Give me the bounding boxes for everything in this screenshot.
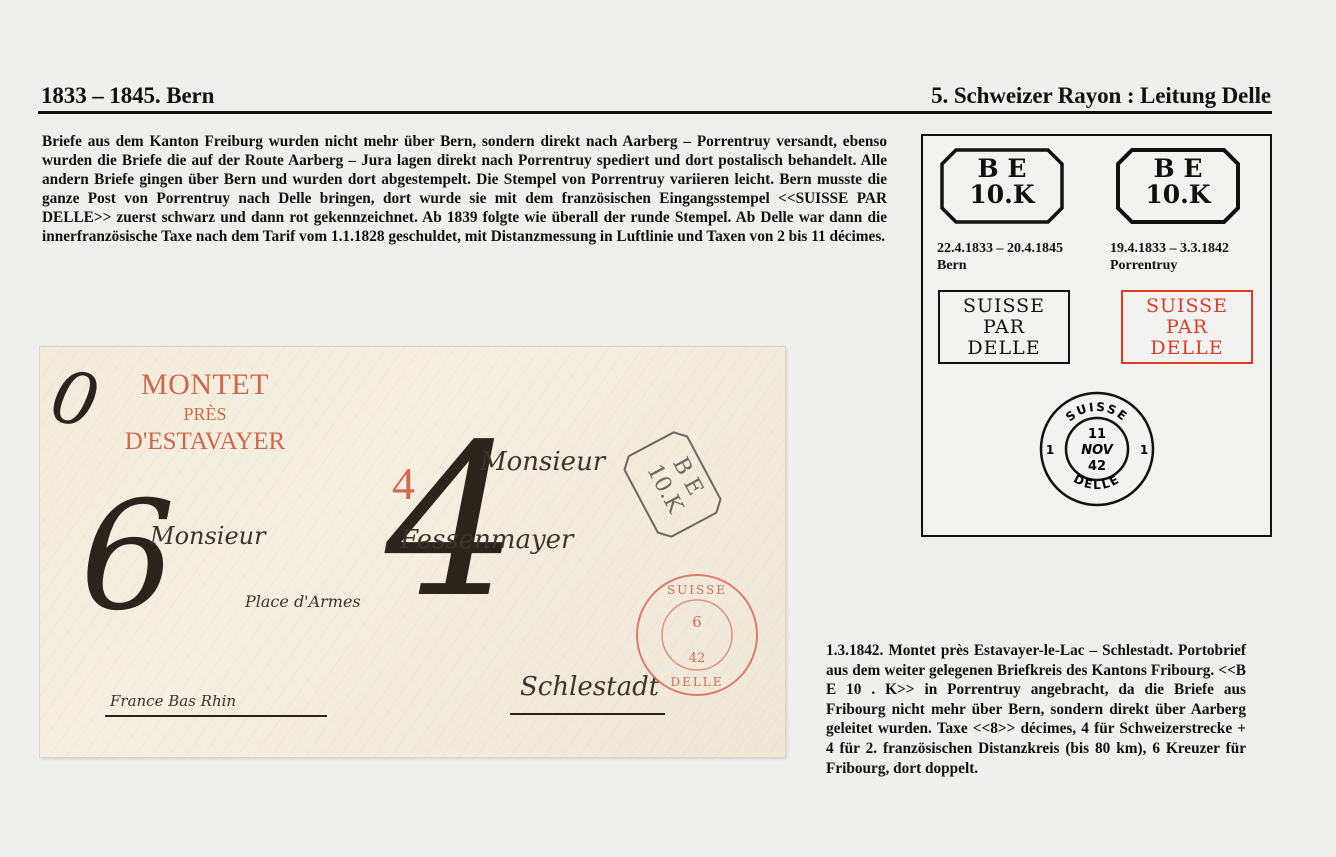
underline — [510, 713, 665, 715]
be-transit-stamp: B E 10.K — [617, 425, 728, 544]
stamp-line: DELLE — [940, 338, 1068, 359]
stamp-line: SUISSE — [1123, 296, 1251, 317]
be-stamp-line2: 10.K — [940, 182, 1064, 208]
chapter-title: 5. Schweizer Rayon : Leitung Delle — [931, 83, 1271, 109]
svg-text:42: 42 — [689, 651, 706, 666]
double-circle-stamp-icon: SUISSE 6 42 DELLE — [634, 572, 760, 698]
routing-note: France Bas Rhin — [110, 692, 236, 710]
stamp-line: SUISSE — [940, 296, 1068, 317]
header-rule — [38, 111, 1272, 114]
stamp-line: PAR — [940, 317, 1068, 338]
origin-stamp: MONTET PRÈS D'ESTAVAYER — [110, 369, 300, 457]
round-date-stamp: SUISSE DELLE 11 NOV 42 1 1 — [1037, 389, 1157, 509]
stamp-line: PAR — [1123, 317, 1251, 338]
svg-text:42: 42 — [1088, 459, 1106, 474]
address-name: Fessenmayer — [400, 525, 573, 555]
manuscript-number: 0 — [44, 353, 106, 445]
origin-stamp-line1: MONTET — [110, 369, 300, 401]
stamp-dates: 22.4.1833 – 20.4.1845 — [937, 240, 1063, 257]
origin-stamp-line2: PRÈS — [110, 401, 300, 427]
stamp-place: Porrentruy — [1110, 257, 1229, 274]
entry-round-stamp: SUISSE 6 42 DELLE — [634, 572, 760, 698]
stamp-dates: 19.4.1833 – 3.3.1842 — [1110, 240, 1229, 257]
svg-text:6: 6 — [692, 613, 702, 631]
stamp-line: DELLE — [1123, 338, 1251, 359]
suisse-par-delle-black-stamp: SUISSE PAR DELLE — [938, 290, 1070, 364]
letter-caption: 1.3.1842. Montet près Estavayer-le-Lac –… — [826, 641, 1246, 778]
be-stamp-line1: B E — [940, 156, 1064, 182]
svg-text:SUISSE: SUISSE — [1063, 400, 1131, 425]
svg-text:1: 1 — [1140, 443, 1148, 457]
svg-text:SUISSE: SUISSE — [667, 583, 727, 597]
double-circle-stamp-icon: SUISSE DELLE 11 NOV 42 1 1 — [1037, 389, 1157, 509]
svg-text:NOV: NOV — [1081, 443, 1113, 458]
svg-text:11: 11 — [1088, 427, 1106, 442]
address-salutation-left: Monsieur — [150, 522, 266, 550]
red-tax-mark: 4 — [392, 457, 415, 510]
section-title: 1833 – 1845. Bern — [41, 83, 214, 109]
svg-text:DELLE: DELLE — [670, 675, 723, 689]
address-street: Place d'Armes — [245, 592, 361, 611]
manuscript-number: 6 — [80, 482, 175, 632]
be-stamp-line1: B E — [1116, 156, 1240, 182]
svg-text:DELLE: DELLE — [1071, 472, 1122, 492]
address-salutation: Monsieur — [480, 447, 605, 477]
stamp-reference-panel: B E 10.K 22.4.1833 – 20.4.1845 Bern B E … — [921, 134, 1272, 537]
svg-text:1: 1 — [1046, 443, 1054, 457]
origin-stamp-line3: D'ESTAVAYER — [110, 427, 300, 457]
stamp-place: Bern — [937, 257, 1063, 274]
intro-paragraph: Briefe aus dem Kanton Freiburg wurden ni… — [42, 132, 887, 247]
letter-cover: MONTET PRÈS D'ESTAVAYER 0 6 4 4 Monsieur… — [40, 347, 785, 757]
underline — [105, 715, 327, 717]
suisse-par-delle-red-stamp: SUISSE PAR DELLE — [1121, 290, 1253, 364]
be-stamp-line2: 10.K — [1116, 182, 1240, 208]
